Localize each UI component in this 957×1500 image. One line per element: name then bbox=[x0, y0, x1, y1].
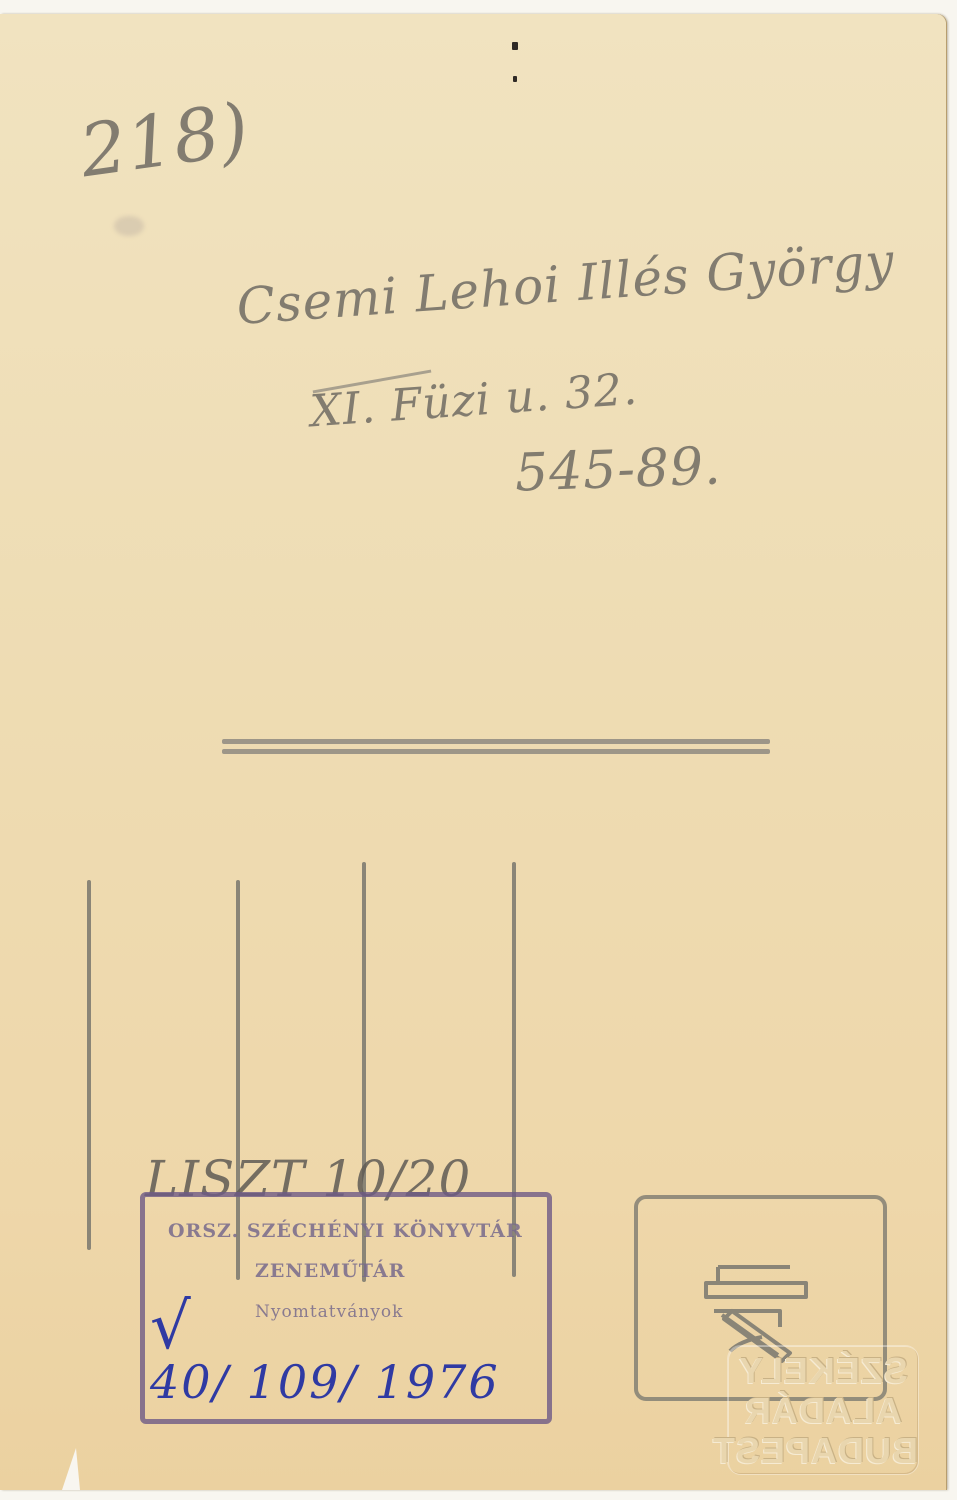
smudge bbox=[114, 216, 144, 236]
stamp-line-2: ZENEMŰTÁR bbox=[255, 1260, 405, 1282]
pin-hole bbox=[513, 76, 517, 82]
emboss-line-3: BUDAPEST bbox=[728, 1430, 918, 1472]
studio-emboss-stamp: SZÉKELY ALADÁR BUDAPEST bbox=[727, 1345, 919, 1475]
phone-line: 545-89. bbox=[514, 436, 722, 503]
double-rule-top bbox=[222, 739, 770, 744]
check-mark: √ bbox=[150, 1290, 191, 1364]
torn-corner bbox=[62, 1448, 80, 1490]
emboss-line-1: SZÉKELY bbox=[728, 1350, 918, 1392]
stamp-line-1: ORSZ. SZÉCHÉNYI KÖNYVTÁR bbox=[168, 1220, 523, 1242]
double-rule-bottom bbox=[222, 749, 770, 754]
column-line bbox=[87, 880, 91, 1250]
catalog-number: 40/ 109/ 1976 bbox=[150, 1355, 500, 1409]
emboss-line-2: ALADÁR bbox=[728, 1390, 918, 1432]
pin-hole bbox=[512, 42, 518, 50]
stamp-line-3: Nyomtatványok bbox=[255, 1302, 403, 1322]
